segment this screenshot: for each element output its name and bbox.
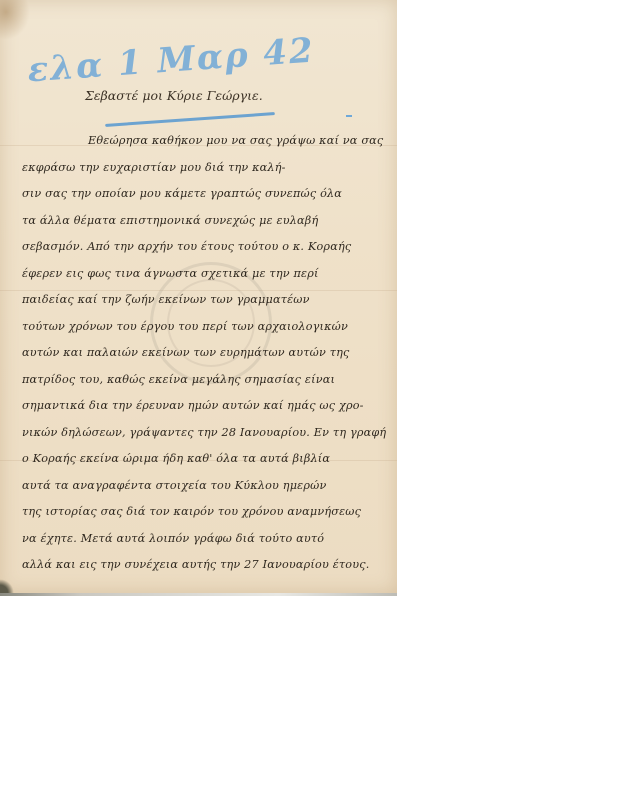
letter-body: Εθεώρησα καθήκον μου να σας γράψω καί να…	[22, 128, 394, 579]
text-line: της ιστορίας σας διά τον καιρόν του χρόν…	[22, 499, 394, 526]
salutation: Σεβαστέ μοι Κύριε Γεώργιε.	[85, 88, 263, 103]
letter-page: ελα 1 Μαρ 42 Σεβαστέ μοι Κύριε Γεώργιε. …	[0, 0, 397, 593]
text-line: τα άλλα θέματα επιστημονικά συνεχώς με ε…	[22, 208, 394, 235]
torn-corner	[0, 579, 14, 593]
blue-underline-stroke	[105, 112, 275, 127]
paper-stain	[0, 0, 30, 40]
text-line: να έχητε. Μετά αυτά λοιπόν γράφω διά τού…	[22, 526, 394, 553]
text-line: αυτών και παλαιών εκείνων των ευρημάτων …	[22, 340, 394, 367]
text-line: πατρίδος του, καθώς εκείνα μεγάλης σημασ…	[22, 367, 394, 394]
text-line: ο Κοραής εκείνα ώριμα ήδη καθ' όλα τα αυ…	[22, 446, 394, 473]
text-line: σεβασμόν. Από την αρχήν του έτους τούτου…	[22, 234, 394, 261]
text-line: αλλά και εις την συνέχεια αυτής την 27 Ι…	[22, 552, 394, 579]
text-line: έφερεν εις φως τινα άγνωστα σχετικά με τ…	[22, 261, 394, 288]
text-line: εκφράσω την ευχαριστίαν μου διά την καλή…	[22, 155, 394, 182]
text-line: παιδείας καί την ζωήν εκείνων των γραμμα…	[22, 287, 394, 314]
text-line: νικών δηλώσεων, γράψαντες την 28 Ιανουαρ…	[22, 420, 394, 447]
text-line: Εθεώρησα καθήκον μου να σας γράψω καί να…	[22, 128, 394, 155]
scan-edge	[0, 593, 397, 596]
text-line: αυτά τα αναγραφέντα στοιχεία του Κύκλου …	[22, 473, 394, 500]
text-line: τούτων χρόνων του έργου του περί των αρχ…	[22, 314, 394, 341]
text-line: σημαντικά δια την έρευναν ημών αυτών καί…	[22, 393, 394, 420]
text-line: σιν σας την οποίαν μου κάμετε γραπτώς συ…	[22, 181, 394, 208]
